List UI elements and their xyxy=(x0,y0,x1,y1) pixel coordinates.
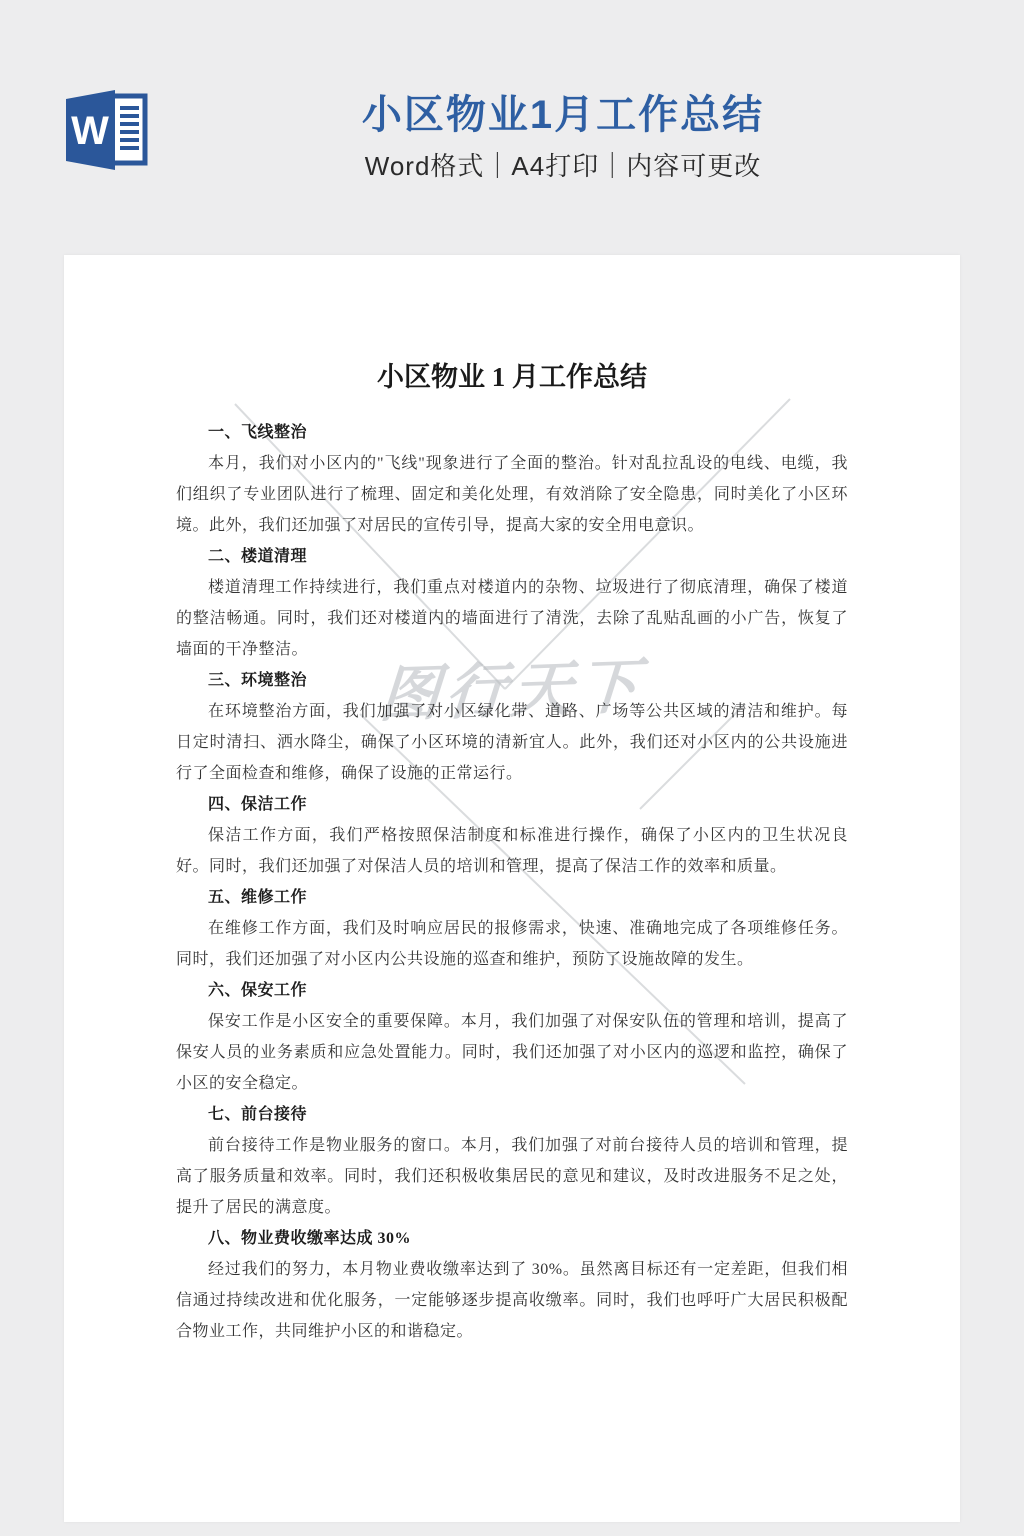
section-heading: 三、环境整治 xyxy=(176,665,848,696)
section-paragraph: 楼道清理工作持续进行，我们重点对楼道内的杂物、垃圾进行了彻底清理，确保了楼道的整… xyxy=(176,572,848,665)
section-heading: 四、保洁工作 xyxy=(176,789,848,820)
section: 六、保安工作 保安工作是小区安全的重要保障。本月，我们加强了对保安队伍的管理和培… xyxy=(176,975,848,1099)
document-body: 小区物业 1 月工作总结 一、飞线整治 本月，我们对小区内的"飞线"现象进行了全… xyxy=(64,255,960,1347)
page-subtitle: Word格式｜A4打印｜内容可更改 xyxy=(120,151,1006,181)
section-heading: 二、楼道清理 xyxy=(176,541,848,572)
section: 八、物业费收缴率达成 30% 经过我们的努力，本月物业费收缴率达到了 30%。虽… xyxy=(176,1223,848,1347)
section-paragraph: 在环境整治方面，我们加强了对小区绿化带、道路、广场等公共区域的清洁和维护。每日定… xyxy=(176,696,848,789)
section: 二、楼道清理 楼道清理工作持续进行，我们重点对楼道内的杂物、垃圾进行了彻底清理，… xyxy=(176,541,848,665)
page-title: 小区物业1月工作总结 xyxy=(120,92,1006,138)
section: 七、前台接待 前台接待工作是物业服务的窗口。本月，我们加强了对前台接待人员的培训… xyxy=(176,1099,848,1223)
section: 一、飞线整治 本月，我们对小区内的"飞线"现象进行了全面的整治。针对乱拉乱设的电… xyxy=(176,417,848,541)
section-paragraph: 保安工作是小区安全的重要保障。本月，我们加强了对保安队伍的管理和培训，提高了保安… xyxy=(176,1006,848,1099)
section: 三、环境整治 在环境整治方面，我们加强了对小区绿化带、道路、广场等公共区域的清洁… xyxy=(176,665,848,789)
section-paragraph: 经过我们的努力，本月物业费收缴率达到了 30%。虽然离目标还有一定差距，但我们相… xyxy=(176,1254,848,1347)
section: 四、保洁工作 保洁工作方面，我们严格按照保洁制度和标准进行操作，确保了小区内的卫… xyxy=(176,789,848,882)
section-heading: 一、飞线整治 xyxy=(176,417,848,448)
section-paragraph: 前台接待工作是物业服务的窗口。本月，我们加强了对前台接待人员的培训和管理，提高了… xyxy=(176,1130,848,1223)
header-text: 小区物业1月工作总结 Word格式｜A4打印｜内容可更改 xyxy=(120,92,1006,181)
section: 五、维修工作 在维修工作方面，我们及时响应居民的报修需求，快速、准确地完成了各项… xyxy=(176,882,848,975)
section-heading: 五、维修工作 xyxy=(176,882,848,913)
section-heading: 七、前台接待 xyxy=(176,1099,848,1130)
section-paragraph: 本月，我们对小区内的"飞线"现象进行了全面的整治。针对乱拉乱设的电线、电缆，我们… xyxy=(176,448,848,541)
section-paragraph: 在维修工作方面，我们及时响应居民的报修需求，快速、准确地完成了各项维修任务。同时… xyxy=(176,913,848,975)
section-heading: 六、保安工作 xyxy=(176,975,848,1006)
svg-text:W: W xyxy=(71,109,109,153)
header: W 小区物业1月工作总结 Word格式｜A4打印｜内容可更改 xyxy=(0,0,1024,255)
section-heading: 八、物业费收缴率达成 30% xyxy=(176,1223,848,1254)
document-title: 小区物业 1 月工作总结 xyxy=(176,357,848,397)
section-paragraph: 保洁工作方面，我们严格按照保洁制度和标准进行操作，确保了小区内的卫生状况良好。同… xyxy=(176,820,848,882)
document-page: 图行天下 小区物业 1 月工作总结 一、飞线整治 本月，我们对小区内的"飞线"现… xyxy=(64,255,960,1522)
